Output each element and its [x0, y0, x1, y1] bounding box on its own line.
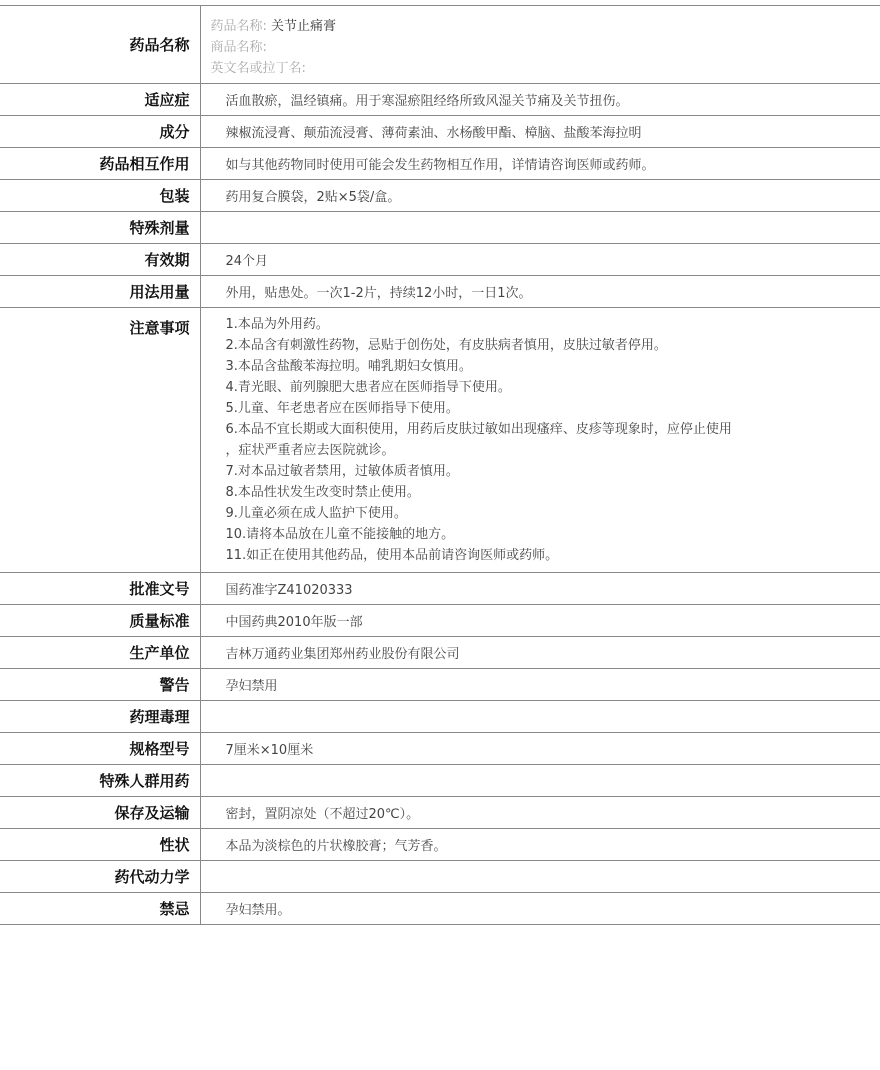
row-value: 孕妇禁用。	[200, 893, 880, 925]
row-value	[200, 212, 880, 244]
row-label: 包装	[0, 180, 200, 212]
row-value: 密封，置阴凉处（不超过20℃）。	[200, 797, 880, 829]
row-dosage: 用法用量外用，贴患处。一次1-2片，持续12小时，一日1次。	[0, 276, 880, 308]
row-value: 如与其他药物同时使用可能会发生药物相互作用，详情请咨询医师或药师。	[200, 148, 880, 180]
row-value: 24个月	[200, 244, 880, 276]
row-label: 药品名称	[0, 6, 200, 84]
row-specification: 规格型号7厘米×10厘米	[0, 733, 880, 765]
row-label: 性状	[0, 829, 200, 861]
row-shelf-life: 有效期24个月	[0, 244, 880, 276]
generic-name-line: 药品名称: 关节止痛膏	[211, 16, 880, 37]
row-approval-number: 批准文号国药准字Z41020333	[0, 573, 880, 605]
precaution-item: 7.对本品过敏者禁用，过敏体质者慎用。	[226, 461, 880, 482]
row-special-dosage: 特殊剂量	[0, 212, 880, 244]
generic-name-key: 药品名称:	[211, 19, 267, 34]
row-label: 禁忌	[0, 893, 200, 925]
row-value	[200, 765, 880, 797]
row-label: 药品相互作用	[0, 148, 200, 180]
row-value: 7厘米×10厘米	[200, 733, 880, 765]
precaution-item: 1.本品为外用药。	[226, 314, 880, 335]
precaution-item: ，症状严重者应去医院就诊。	[226, 440, 880, 461]
row-label: 批准文号	[0, 573, 200, 605]
row-special-population: 特殊人群用药	[0, 765, 880, 797]
row-precautions: 注意事项 1.本品为外用药。 2.本品含有刺激性药物，忌贴于创伤处，有皮肤病者慎…	[0, 308, 880, 573]
row-label: 生产单位	[0, 637, 200, 669]
precaution-item: 10.请将本品放在儿童不能接触的地方。	[226, 524, 880, 545]
row-label: 成分	[0, 116, 200, 148]
row-label: 警告	[0, 669, 200, 701]
row-label: 适应症	[0, 84, 200, 116]
row-value: 本品为淡棕色的片状橡胶膏；气芳香。	[200, 829, 880, 861]
row-label: 用法用量	[0, 276, 200, 308]
row-value: 国药准字Z41020333	[200, 573, 880, 605]
row-value: 辣椒流浸膏、颠茄流浸膏、薄荷素油、水杨酸甲酯、樟脑、盐酸苯海拉明	[200, 116, 880, 148]
row-label: 质量标准	[0, 605, 200, 637]
precautions-list: 1.本品为外用药。 2.本品含有刺激性药物，忌贴于创伤处，有皮肤病者慎用，皮肤过…	[200, 308, 880, 573]
precaution-item: 3.本品含盐酸苯海拉明。哺乳期妇女慎用。	[226, 356, 880, 377]
drug-spec-table: 药品名称 药品名称: 关节止痛膏 商品名称: 英文名或拉丁名: 适应症活血散瘀，…	[0, 5, 880, 925]
row-value: 孕妇禁用	[200, 669, 880, 701]
row-label: 药理毒理	[0, 701, 200, 733]
row-storage: 保存及运输密封，置阴凉处（不超过20℃）。	[0, 797, 880, 829]
row-ingredients: 成分辣椒流浸膏、颠茄流浸膏、薄荷素油、水杨酸甲酯、樟脑、盐酸苯海拉明	[0, 116, 880, 148]
row-quality-standard: 质量标准中国药典2010年版一部	[0, 605, 880, 637]
generic-name-value: 关节止痛膏	[271, 19, 336, 34]
row-contraindications: 禁忌孕妇禁用。	[0, 893, 880, 925]
row-value: 活血散瘀，温经镇痛。用于寒湿瘀阻经络所致风湿关节痛及关节扭伤。	[200, 84, 880, 116]
latin-name-line: 英文名或拉丁名:	[211, 58, 880, 79]
row-label: 特殊人群用药	[0, 765, 200, 797]
row-value: 药用复合膜袋，2贴×5袋/盒。	[200, 180, 880, 212]
row-value	[200, 861, 880, 893]
row-value: 外用，贴患处。一次1-2片，持续12小时，一日1次。	[200, 276, 880, 308]
precaution-item: 6.本品不宜长期或大面积使用，用药后皮肤过敏如出现瘙痒、皮疹等现象时，应停止使用	[226, 419, 880, 440]
precaution-item: 9.儿童必须在成人监护下使用。	[226, 503, 880, 524]
precaution-item: 11.如正在使用其他药品，使用本品前请咨询医师或药师。	[226, 545, 880, 566]
row-pharmacology: 药理毒理	[0, 701, 880, 733]
precaution-item: 2.本品含有刺激性药物，忌贴于创伤处，有皮肤病者慎用，皮肤过敏者停用。	[226, 335, 880, 356]
row-label: 保存及运输	[0, 797, 200, 829]
drug-name-block: 药品名称: 关节止痛膏 商品名称: 英文名或拉丁名:	[200, 6, 880, 84]
row-label: 注意事项	[0, 308, 200, 573]
row-value: 吉林万通药业集团郑州药业股份有限公司	[200, 637, 880, 669]
precaution-item: 4.青光眼、前列腺肥大患者应在医师指导下使用。	[226, 377, 880, 398]
row-warning: 警告孕妇禁用	[0, 669, 880, 701]
row-value	[200, 701, 880, 733]
precaution-item: 5.儿童、年老患者应在医师指导下使用。	[226, 398, 880, 419]
latin-name-key: 英文名或拉丁名:	[211, 61, 306, 76]
precaution-item: 8.本品性状发生改变时禁止使用。	[226, 482, 880, 503]
row-label: 特殊剂量	[0, 212, 200, 244]
row-label: 规格型号	[0, 733, 200, 765]
row-indications: 适应症活血散瘀，温经镇痛。用于寒湿瘀阻经络所致风湿关节痛及关节扭伤。	[0, 84, 880, 116]
trade-name-line: 商品名称:	[211, 37, 880, 58]
trade-name-key: 商品名称:	[211, 40, 267, 55]
row-drug-name: 药品名称 药品名称: 关节止痛膏 商品名称: 英文名或拉丁名:	[0, 6, 880, 84]
row-label: 药代动力学	[0, 861, 200, 893]
row-appearance: 性状本品为淡棕色的片状橡胶膏；气芳香。	[0, 829, 880, 861]
row-packaging: 包装药用复合膜袋，2贴×5袋/盒。	[0, 180, 880, 212]
row-manufacturer: 生产单位吉林万通药业集团郑州药业股份有限公司	[0, 637, 880, 669]
row-pharmacokinetics: 药代动力学	[0, 861, 880, 893]
row-value: 中国药典2010年版一部	[200, 605, 880, 637]
row-label: 有效期	[0, 244, 200, 276]
row-interactions: 药品相互作用如与其他药物同时使用可能会发生药物相互作用，详情请咨询医师或药师。	[0, 148, 880, 180]
